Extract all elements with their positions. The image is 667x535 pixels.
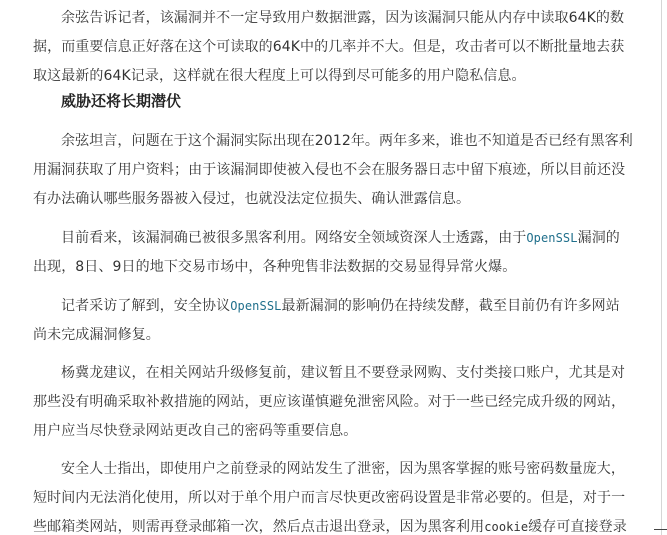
cookie-keyword: cookie xyxy=(484,520,528,534)
paragraph-1-text: 余弦告诉记者，该漏洞并不一定导致用户数据泄露，因为该漏洞只能从内存中读取64K的… xyxy=(33,10,624,84)
paragraph-2-text: 余弦坦言，问题在于这个漏洞实际出现在2012年。两年多来，谁也不知道是否已经有黑… xyxy=(33,133,633,207)
paragraph-2: 余弦坦言，问题在于这个漏洞实际出现在2012年。两年多来，谁也不知道是否已经有黑… xyxy=(33,127,633,214)
paragraph-6: 安全人士指出，即使用户之前登录的网站发生了泄密，因为黑客掌握的账号密码数量庞大，… xyxy=(33,455,633,535)
paragraph-6-after: 缓存可直接登录 xyxy=(528,519,627,535)
paragraph-3: 目前看来，该漏洞确已被很多黑客利用。网络安全领域资深人士透露，由于OpenSSL… xyxy=(33,224,633,282)
paragraph-4: 记者采访了解到，安全协议OpenSSL最新漏洞的影响仍在持续发酵，截至目前仍有许… xyxy=(33,292,633,350)
paragraph-4-before: 记者采访了解到，安全协议 xyxy=(61,298,230,314)
opensssl-keyword: OpenSSL xyxy=(526,231,577,245)
article-body: 余弦告诉记者，该漏洞并不一定导致用户数据泄露，因为该漏洞只能从内存中读取64K的… xyxy=(0,0,662,535)
section-heading: 威胁还将长期潜伏 xyxy=(61,90,181,111)
openssl-keyword-2: OpenSSL xyxy=(230,299,281,313)
paragraph-5-text: 杨冀龙建议，在相关网站升级修复前，建议暂且不要登录网购、支付类接口账户，尤其是对… xyxy=(33,365,625,439)
paragraph-3-before: 目前看来，该漏洞确已被很多黑客利用。网络安全领域资深人士透露，由于 xyxy=(61,230,526,246)
paragraph-5: 杨冀龙建议，在相关网站升级修复前，建议暂且不要登录网购、支付类接口账户，尤其是对… xyxy=(33,359,633,446)
resize-mark xyxy=(654,529,667,530)
paragraph-1: 余弦告诉记者，该漏洞并不一定导致用户数据泄露，因为该漏洞只能从内存中读取64K的… xyxy=(33,4,633,91)
